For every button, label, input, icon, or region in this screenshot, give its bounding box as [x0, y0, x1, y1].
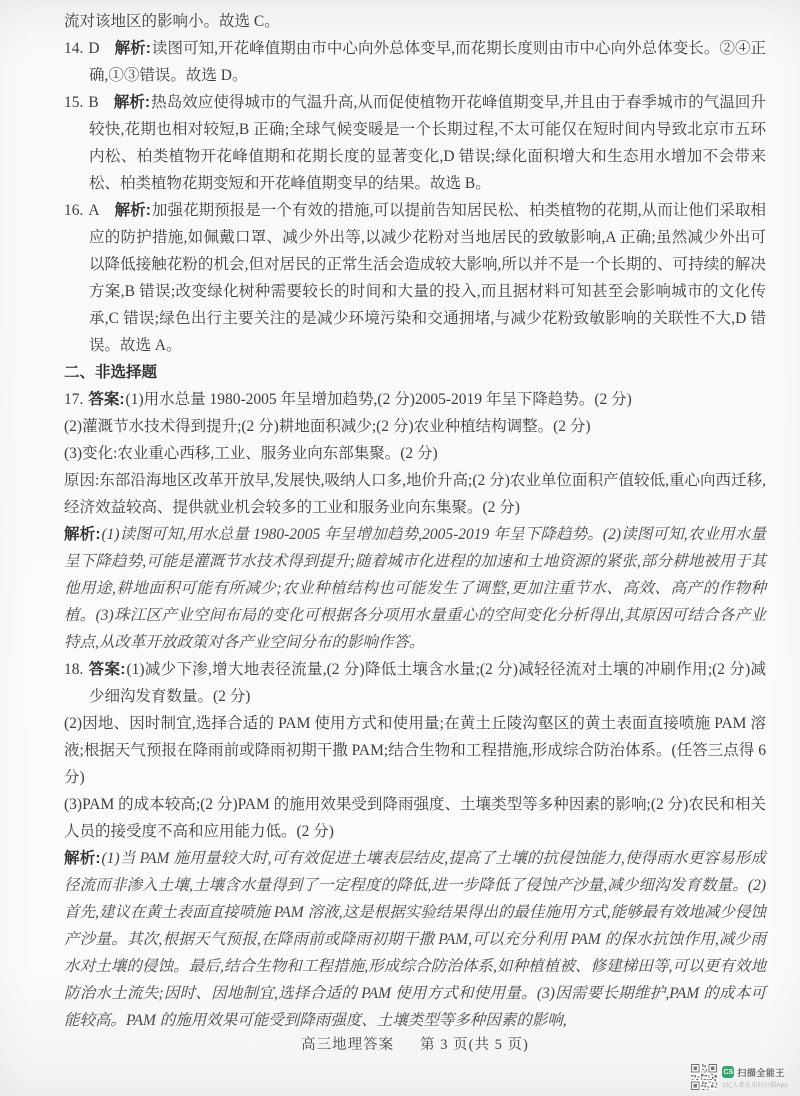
q18-answer-part-3: (3)PAM 的成本较高;(2 分)PAM 的施用效果受到降雨强度、土壤类型等多… — [64, 791, 766, 845]
choice-item-14: 14.D解析:读图可知,开花峰值期由市中心向外总体变早,而花期长度则由市中心向外… — [64, 35, 766, 89]
item-number: 16. — [64, 202, 83, 219]
item-number: 14. — [64, 40, 83, 57]
choice-item-16: 16.A解析:加强花期预报是一个有效的措施,可以提前告知居民松、柏类植物的花期,… — [64, 197, 766, 359]
q17-answer-reason: 原因:东部沿海地区改革开放早,发展快,吸纳人口多,地价升高;(2 分)农业单位面… — [64, 467, 766, 521]
analysis-text: (1)读图可知,用水总量 1980-2005 年呈增加趋势,2005-2019 … — [64, 526, 766, 651]
camscanner-app-name: 扫描全能王 — [737, 1066, 785, 1079]
scanned-answer-sheet-page: 流对该地区的影响小。故选 C。 14.D解析:读图可知,开花峰值期由市中心向外总… — [0, 0, 800, 1096]
analysis-text: (1)当 PAM 施用量较大时,可有效促进土壤表层结皮,提高了土壤的抗侵蚀能力,… — [64, 850, 766, 1029]
camscanner-label-group: CS 扫描全能王 3亿人都在用的扫描App — [722, 1066, 788, 1089]
analysis-label: 解析: — [115, 40, 151, 57]
camscanner-tagline: 3亿人都在用的扫描App — [722, 1080, 788, 1089]
camscanner-watermark: CS 扫描全能王 3亿人都在用的扫描App — [691, 1064, 788, 1090]
footer-title: 高三地理答案 — [301, 1037, 394, 1053]
question-17-block: 17.答案:(1)用水总量 1980-2005 年呈增加趋势,(2 分)2005… — [64, 386, 766, 656]
item-number: 18. — [64, 661, 83, 678]
answer-label: 答案: — [88, 391, 124, 408]
analysis-text: 读图可知,开花峰值期由市中心向外总体变早,而花期长度则由市中心向外总体变长。②④… — [89, 40, 766, 84]
analysis-label: 解析: — [115, 202, 151, 219]
item-answer: D — [88, 40, 99, 57]
item-number: 17. — [64, 391, 83, 408]
q17-analysis: 解析:(1)读图可知,用水总量 1980-2005 年呈增加趋势,2005-20… — [64, 521, 766, 656]
analysis-text: 加强花期预报是一个有效的措施,可以提前告知居民松、柏类植物的花期,从而让他们采取… — [89, 202, 766, 354]
analysis-label: 解析: — [64, 526, 100, 543]
answer-text: (1)用水总量 1980-2005 年呈增加趋势,(2 分)2005-2019 … — [126, 391, 632, 408]
q17-answer-part-2: (2)灌溉节水技术得到提升;(2 分)耕地面积减少;(2 分)农业种植结构调整。… — [64, 413, 766, 440]
q17-answer-line-1: 17.答案:(1)用水总量 1980-2005 年呈增加趋势,(2 分)2005… — [64, 386, 766, 413]
analysis-text: 热岛效应使得城市的气温升高,从而促使植物开花峰值期变早,并且由于春季城市的气温回… — [89, 94, 766, 192]
carryover-line: 流对该地区的影响小。故选 C。 — [64, 8, 766, 35]
q17-answer-part-3: (3)变化:农业重心西移,工业、服务业向东部集聚。(2 分) — [64, 440, 766, 467]
item-answer: A — [88, 202, 99, 219]
choice-item-15: 15.B解析:热岛效应使得城市的气温升高,从而促使植物开花峰值期变早,并且由于春… — [64, 89, 766, 197]
footer-page-number: 第 3 页(共 5 页) — [420, 1037, 529, 1053]
analysis-label: 解析: — [64, 850, 101, 867]
document-body: 流对该地区的影响小。故选 C。 14.D解析:读图可知,开花峰值期由市中心向外总… — [64, 8, 766, 1034]
q18-answer-part-2: (2)因地、因时制宜,选择合适的 PAM 使用方式和使用量;在黄土丘陵沟壑区的黄… — [64, 710, 766, 791]
page-footer: 高三地理答案第 3 页(共 5 页) — [64, 1033, 766, 1054]
item-answer: B — [88, 94, 98, 111]
section-title: 二、非选择题 — [64, 359, 766, 386]
camscanner-logo-icon: CS — [722, 1066, 734, 1078]
analysis-label: 解析: — [114, 94, 150, 111]
qr-code-icon — [691, 1064, 717, 1090]
question-18-block: 18.答案:(1)减少下渗,增大地表径流量,(2 分)降低土壤含水量;(2 分)… — [64, 656, 766, 1034]
item-number: 15. — [64, 94, 83, 111]
q18-answer-line-1: 18.答案:(1)减少下渗,增大地表径流量,(2 分)降低土壤含水量;(2 分)… — [64, 656, 766, 710]
answer-text: (1)减少下渗,增大地表径流量,(2 分)降低土壤含水量;(2 分)减轻径流对土… — [89, 661, 766, 705]
answer-label: 答案: — [88, 661, 125, 678]
q18-analysis: 解析:(1)当 PAM 施用量较大时,可有效促进土壤表层结皮,提高了土壤的抗侵蚀… — [64, 845, 766, 1034]
